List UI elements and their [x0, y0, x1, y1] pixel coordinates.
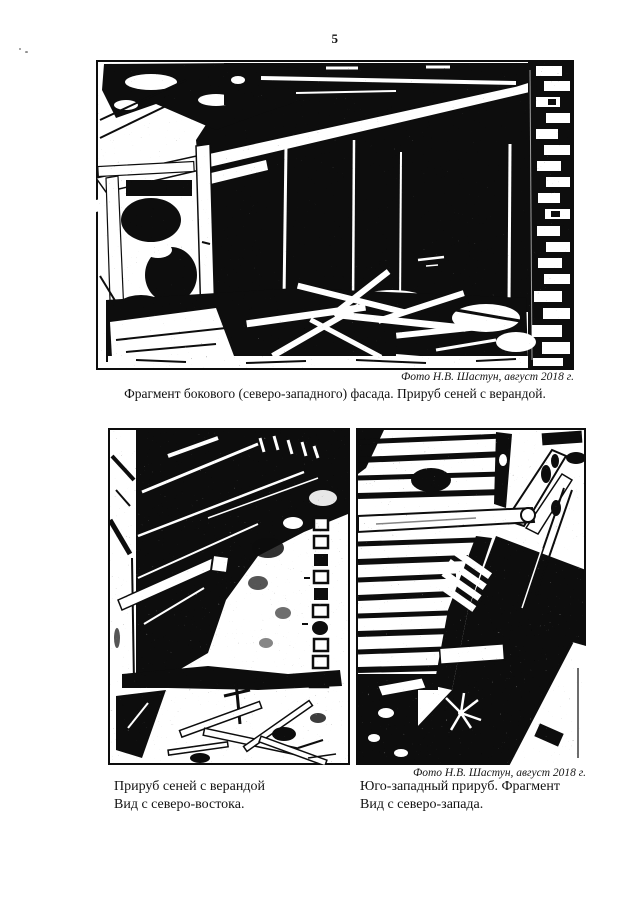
caption-bottom-right: Юго-западный прируб. Фрагмент Вид с севе…: [360, 778, 600, 814]
scan-artifact: [19, 48, 31, 53]
page-number: 5: [96, 31, 574, 47]
photo-bottom-right-log-wall: [356, 428, 586, 765]
caption-top: Фрагмент бокового (северо-западного) фас…: [66, 386, 604, 402]
document-page: 5: [0, 0, 640, 903]
caption-bottom-left: Прируб сеней с верандой Вид с северо-вос…: [114, 778, 354, 814]
caption-bottom-left-line1: Прируб сеней с верандой: [114, 778, 354, 796]
caption-bottom-left-line2: Вид с северо-востока.: [114, 796, 354, 814]
photo-bottom-left-porch: [108, 428, 350, 765]
caption-bottom-right-line2: Вид с северо-запада.: [360, 796, 600, 814]
photo-credit-top: Фото Н.В. Шастун, август 2018 г.: [96, 371, 574, 383]
photo-top-nw-facade: [96, 60, 574, 370]
caption-bottom-right-line1: Юго-западный прируб. Фрагмент: [360, 778, 600, 796]
